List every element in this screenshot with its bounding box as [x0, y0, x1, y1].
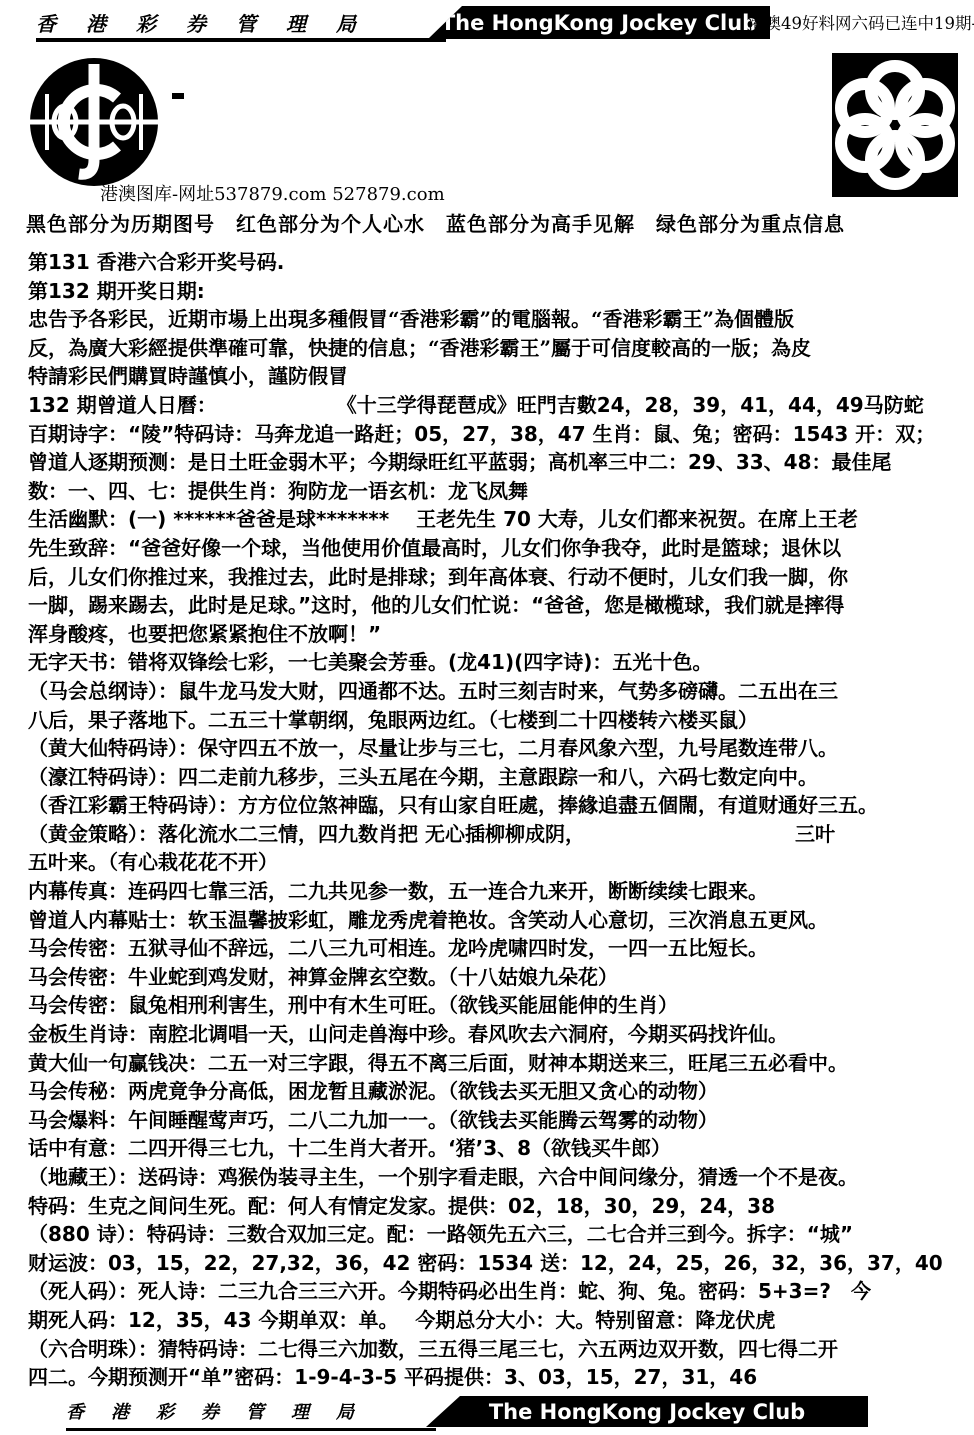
body-line: 话中有意：二四开得三七九，十二生肖大者开。‘猪’3、8（欲钱买牛郎）: [28, 1134, 958, 1163]
six-rings-emblem-icon: [832, 53, 958, 197]
body-line: 一脚，踢来踢去，此时是足球。”这时，他的儿女们忙说：“爸爸，您是橄榄球，我们就是…: [28, 591, 958, 620]
club-banner: The HongKong Jockey Club: [428, 6, 770, 39]
notice-line: 特請彩民們購買時謹慎小，謹防假冒: [28, 362, 958, 391]
body-line: 马会爆料：午间睡醒莺声巧，二八二九加一一。（欲钱去买能腾云驾雾的动物）: [28, 1106, 958, 1135]
body-line: 马会传秘：两虎竟争分高低，困龙暂且藏淤泥。（欲钱去买无胆又贪心的动物）: [28, 1077, 958, 1106]
body-line: 特码：生克之间问生死。配：何人有情定发家。提供：02，18，30，29，24，3…: [28, 1192, 958, 1221]
body-line: 黄大仙一句赢钱决：二五一对三字跟，得五不离三后面，财神本期送来三，旺尾三五必看中…: [28, 1049, 958, 1078]
body-line: 五叶来。（有心栽花花不开）: [28, 848, 958, 877]
body-line: （死人码）：死人诗：二三九合三三六开。今期特码必出生肖：蛇、狗、兔。密码：5+3…: [28, 1277, 958, 1306]
body-line: 后，儿女们你推过来，我推过去，此时是排球；到年高体衰、行动不便时，儿女们我一脚，…: [28, 563, 958, 592]
body-line: 132 期曾道人日曆： 《十三学得琵琶成》旺門吉數24，28，39，41，44，…: [28, 391, 958, 420]
body-line: 马会传密：五狱寻仙不辞远，二八三九可相连。龙吟虎啸四时发，一四一五比短长。: [28, 934, 958, 963]
body-line: （香江彩霸王特码诗）：方方位位煞神臨，只有山家自旺處，捧緣追盡五個閙，有道财通好…: [28, 791, 958, 820]
body-line: 百期诗字：“陵”特码诗：马奔龙追一路赶；05，27，38，47 生肖：鼠、兔；密…: [28, 420, 958, 449]
notice-line: 忠告予各彩民，近期市場上出現多種假冒“香港彩霸”的電腦報。“香港彩霸王”為個體版: [28, 305, 958, 334]
notice-line: 反，為廣大彩經提供準確可靠，快捷的信息；“香港彩霸王”屬于可信度較高的一版；為皮: [28, 334, 958, 363]
body-line: （濠江特码诗）：四二走前九移步，三头五尾在今期，主意跟踪一和八，六码七数定向中。: [28, 763, 958, 792]
agency-title-cn: 香港彩券管理局: [36, 8, 446, 42]
body-line: （黄金策略）：落化流水二三情，四九数肖把 无心插柳柳成阴， 三叶: [28, 820, 958, 849]
bottom-footer: 香港彩券管理局 The HongKong Jockey Club: [58, 1396, 918, 1430]
body-line: 内幕传真：连码四七靠三活，二九共见参一数，五一连合九来开，断断续续七跟来。: [28, 877, 958, 906]
club-name: The HongKong Jockey Club: [489, 1400, 805, 1424]
body-line: 曾道人内幕贴士：软玉温馨披彩虹，雕龙秀虎着艳妆。含笑动人心意切，三次消息五更风。: [28, 906, 958, 935]
top-header: 香港彩券管理局 The HongKong Jockey Club 港澳49好料网…: [30, 6, 945, 42]
promo-text: 港澳49好料网六码已连中19期--网址ww49.top: [748, 10, 974, 34]
body-line: 财运波：03，15，22，27,32，36，42 密码：1534 送：12，24…: [28, 1249, 958, 1278]
color-legend-line: 黑色部分为历期图号 红色部分为个人心水 蓝色部分为高手见解 绿色部分为重点信息: [26, 208, 946, 237]
body-line: 第131 香港六合彩开奖号码.: [28, 248, 958, 277]
body-line: 数：一、四、七：提供生肖：狗防龙一语玄机：龙飞凤舞: [28, 477, 958, 506]
body-line: 第132 期开奖日期:: [28, 277, 958, 306]
body-line: 先生致辞：“爸爸好像一个球，当他使用价值最高时，儿女们你争我夺，此时是篮球；退休…: [28, 534, 958, 563]
body-line: 八后，果子落地下。二五三十掌朝纲，兔眼两边红。（七楼到二十四楼转六楼买鼠）: [28, 706, 958, 735]
body-line: 无字天书：错将双锋绘七彩，一七美聚会芳垂。(龙41)(四字诗)：五光十色。: [28, 648, 958, 677]
body-line: 浑身酸疼，也要把您紧紧抱住不放啊！”: [28, 620, 958, 649]
body-line: （地藏王）：送码诗：鸡猴伪装寻主生，一个别字看走眼，六合中间问缘分，猜透一个不是…: [28, 1163, 958, 1192]
jockey-club-emblem-icon: [25, 56, 163, 194]
body-line: （马会总纲诗）：鼠牛龙马发大财，四通都不达。五时三刻吉时来，气势多磅礴。二五出在…: [28, 677, 958, 706]
body-line: 四二。今期预测开“单”密码：1-9-4-3-5 平码提供：3、03，15，27，…: [28, 1363, 958, 1392]
body-line: 马会传密：牛业蛇到鸡发财，神算金牌玄空数。（十八姑娘九朵花）: [28, 963, 958, 992]
body-line: （六合明珠）：猜特码诗：二七得三六加数，三五得三尾三七，六五两边双开数，四七得二…: [28, 1335, 958, 1364]
library-caption: 港澳图库-网址537879.com 527879.com: [100, 180, 445, 206]
body-text-block: 第131 香港六合彩开奖号码. 第132 期开奖日期: 忠告予各彩民，近期市場上…: [28, 248, 958, 1392]
body-line: （880 诗）：特码诗：三数合双加三定。配：一路领先五六三，二七合并三到今。拆字…: [28, 1220, 958, 1249]
ink-dash-mark: [172, 93, 184, 99]
body-line: 期死人码：12，35，43 今期单双：单。 今期总分大小：大。特别留意：降龙伏虎: [28, 1306, 958, 1335]
body-line: 马会传密：鼠兔相刑利害生，刑中有木生可旺。（欲钱买能屈能伸的生肖）: [28, 991, 958, 1020]
body-line: 生活幽默：(一) ******爸爸是球******* 王老先生 70 大寿，儿女…: [28, 505, 958, 534]
body-line: 曾道人逐期预测：是日土旺金弱木平；今期绿旺红平蓝弱；高机率三中二：29、33、4…: [28, 448, 958, 477]
tip-sheet-page: 香港彩券管理局 The HongKong Jockey Club 港澳49好料网…: [0, 0, 974, 1435]
club-banner: The HongKong Jockey Club: [426, 1396, 868, 1427]
club-name: The HongKong Jockey Club: [441, 11, 757, 35]
body-line: 金板生肖诗：南腔北调唱一天，山问走兽海中珍。春风吹去六洞府，今期买码找许仙。: [28, 1020, 958, 1049]
agency-title-cn: 香港彩券管理局: [66, 1398, 436, 1431]
body-line: （黄大仙特码诗）：保守四五不放一，尽量让步与三七，二月春风象六型，九号尾数连带八…: [28, 734, 958, 763]
